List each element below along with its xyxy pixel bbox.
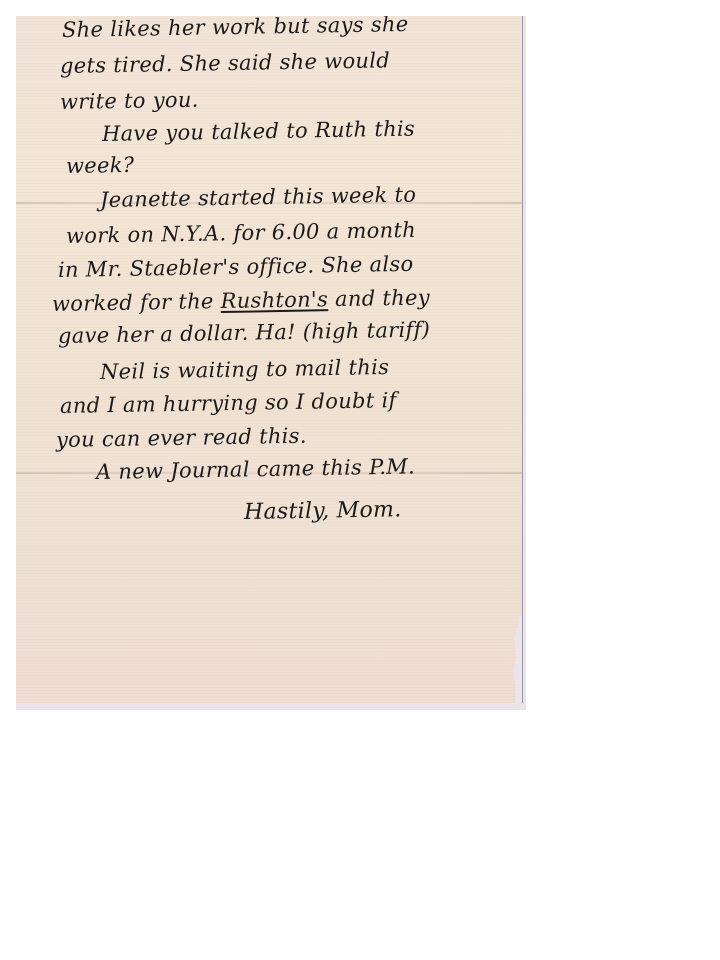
- letter-text: worked for the: [52, 289, 221, 316]
- letter-closing-signature: Hastily, Mom.: [244, 497, 402, 525]
- letter-line: write to you.: [60, 88, 199, 114]
- letter-line: She likes her work but says she: [62, 16, 409, 42]
- letter-line: work on N.Y.A. for 6.00 a month: [66, 218, 416, 248]
- letter-line: and I am hurrying so I doubt if: [60, 388, 397, 418]
- letter-page: She likes her work but says she gets tir…: [16, 16, 523, 703]
- letter-line: gave her a dollar. Ha! (high tariff): [58, 318, 431, 348]
- letter-line: gets tired. She said she would: [60, 48, 390, 78]
- letter-line: Have you talked to Ruth this: [102, 117, 415, 146]
- letter-line: Jeanette started this week to: [100, 182, 417, 212]
- letter-line: A new Journal came this P.M.: [96, 454, 415, 484]
- letter-line: week?: [66, 153, 135, 178]
- torn-edge: [510, 616, 523, 703]
- letter-line: you can ever read this.: [56, 424, 307, 452]
- letter-text: and they: [328, 285, 430, 311]
- letter-line: in Mr. Staebler's office. She also: [58, 252, 414, 282]
- underlined-name: Rushton's: [220, 287, 328, 313]
- letter-line: worked for the Rushton's and they: [52, 285, 430, 316]
- letter-line: Neil is waiting to mail this: [100, 355, 390, 384]
